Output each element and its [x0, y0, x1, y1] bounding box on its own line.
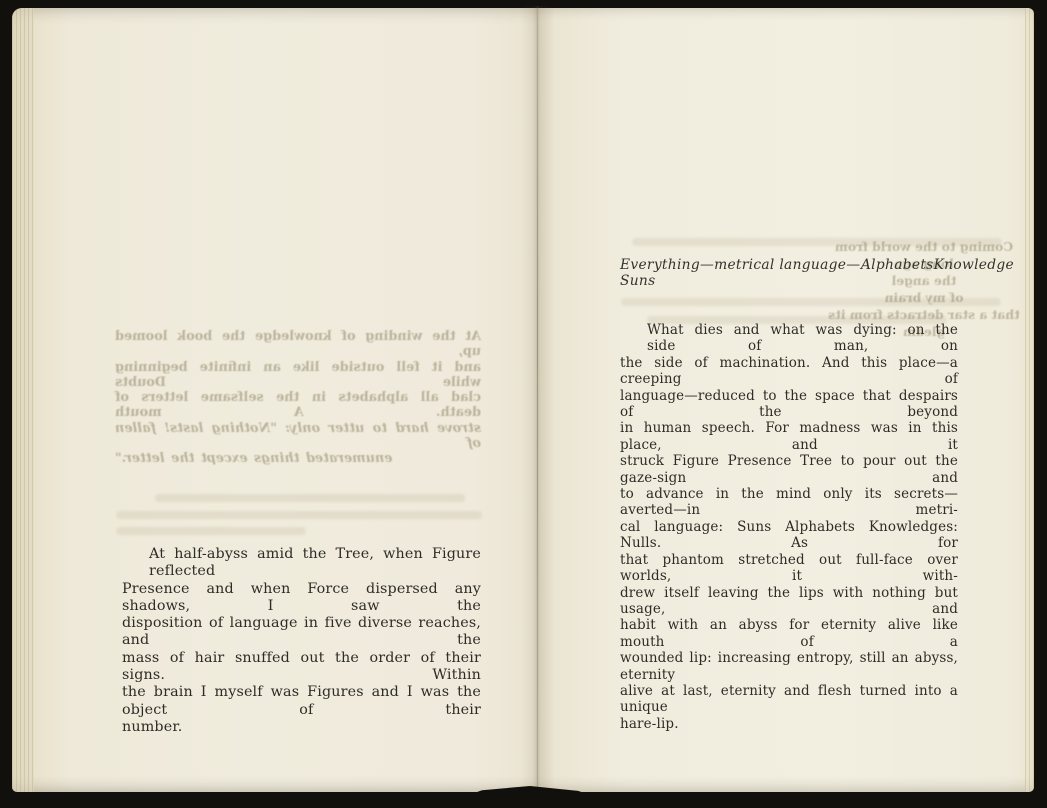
paragraph-line: disposition of language in five diverse …: [122, 615, 481, 650]
paragraph-line: What dies and what was dying: on the sid…: [620, 322, 958, 355]
paragraph-line: the brain I myself was Figures and I was…: [122, 684, 481, 719]
paragraph-line: in human speech. For madness was in this…: [620, 420, 958, 453]
show-through-smudge: [155, 494, 465, 502]
heading-segment: Everything—metrical language—Suns: [620, 257, 861, 289]
right-page-paragraph: What dies and what was dying: on the sid…: [620, 322, 958, 732]
paragraph-line: hare-lip.: [620, 716, 958, 732]
paragraph-line: cal language: Suns Alphabets Knowledges:…: [620, 519, 958, 552]
left-page-show-through-text: At the winding of knowledge the book loo…: [115, 329, 481, 467]
show-through-line: At the winding of knowledge the book loo…: [115, 329, 481, 360]
show-through-smudge: [116, 511, 482, 519]
paragraph-line: language—reduced to the space that despa…: [620, 388, 958, 421]
left-page-paragraph: At half-abyss amid the Tree, when Figure…: [122, 546, 481, 736]
open-book-photo: At the winding of knowledge the book loo…: [0, 0, 1047, 808]
show-through-line: of my brain: [823, 289, 1025, 306]
chapter-heading: Everything—metrical language—Suns Alphab…: [620, 257, 1014, 289]
show-through-line: enumerated things except the letter.": [115, 451, 481, 466]
paragraph-line: alive at last, eternity and flesh turned…: [620, 683, 958, 716]
left-page: At the winding of knowledge the book loo…: [12, 8, 537, 792]
show-through-line: clad all alphabets in the selfsame lette…: [115, 390, 481, 421]
paragraph-line: At half-abyss amid the Tree, when Figure…: [122, 546, 481, 581]
page-edge-stack-right: [1025, 8, 1034, 792]
paragraph-line: number.: [122, 719, 481, 736]
paragraph-line: struck Figure Presence Tree to pour out …: [620, 453, 958, 486]
heading-segment: Alphabets: [861, 257, 934, 289]
paragraph-line: to advance in the mind only its secrets—…: [620, 486, 958, 519]
show-through-smudge: [116, 527, 306, 535]
paragraph-line: that phantom stretched out full-face ove…: [620, 552, 958, 585]
paragraph-line: mass of hair snuffed out the order of th…: [122, 650, 481, 685]
right-page: Coming to the world from long ago the an…: [537, 8, 1034, 792]
paragraph-line: wounded lip: increasing entropy, still a…: [620, 650, 958, 683]
paragraph-line: drew itself leaving the lips with nothin…: [620, 585, 958, 618]
show-through-smudge: [621, 298, 1001, 306]
paragraph-line: the side of machination. And this place—…: [620, 355, 958, 388]
show-through-smudge: [632, 238, 1002, 246]
page-edge-stack-left: [12, 8, 34, 792]
paragraph-line: Presence and when Force dispersed any sh…: [122, 581, 481, 616]
paragraph-line: habit with an abyss for eternity alive l…: [620, 617, 958, 650]
show-through-line: and it fell outside like an infinite beg…: [115, 360, 481, 391]
show-through-line: strove hard to utter only: "Nothing last…: [115, 421, 481, 452]
heading-segment: Knowledge: [934, 257, 1014, 289]
